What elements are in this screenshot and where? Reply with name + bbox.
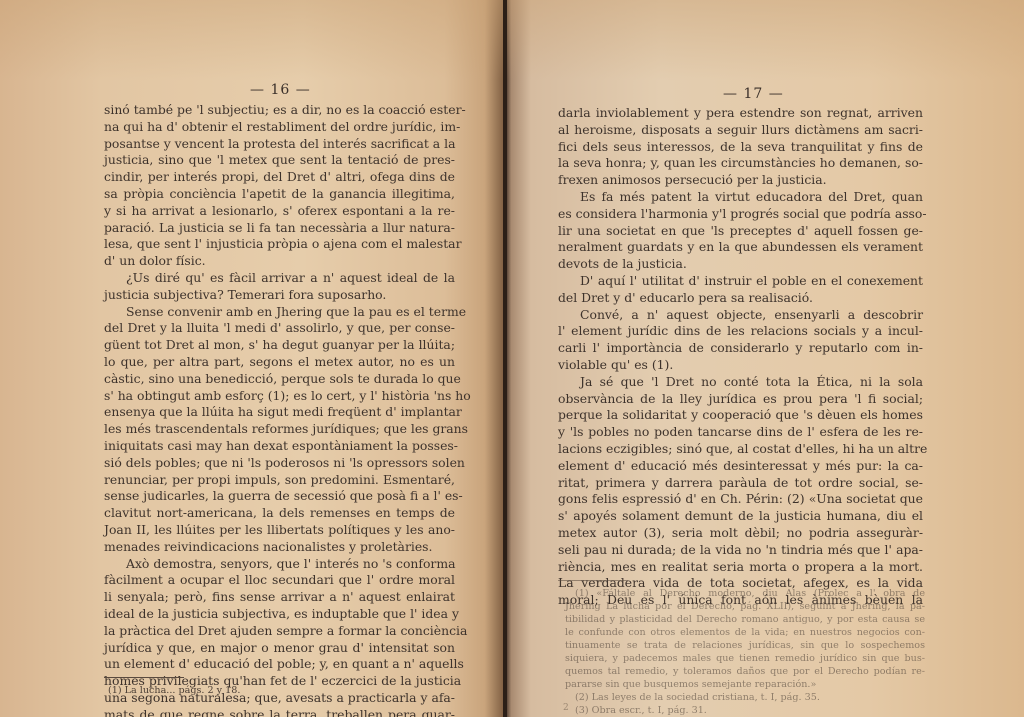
footnote-line: tibilidad y plasticidad del Derecho roma… bbox=[565, 613, 925, 626]
text-line: na qui ha d' obtenir el restabliment del… bbox=[104, 119, 455, 136]
text-line: element d' educació més desinteressat y … bbox=[558, 458, 923, 475]
book-gutter bbox=[503, 0, 507, 717]
footnote-line: tinuamente se trata de relaciones jurídi… bbox=[565, 639, 925, 652]
page-number: — 17 — bbox=[723, 86, 784, 102]
text-line: sinó també pe 'l subjectiu; es a dir, no… bbox=[104, 102, 455, 119]
text-line: justicia subjectiva? Temerari fora supos… bbox=[104, 287, 455, 304]
footnotes: (1) «Fáltale al Derecho moderno, diu Ala… bbox=[565, 587, 925, 717]
body-text: darla inviolablement y pera estendre son… bbox=[558, 105, 923, 609]
paragraph-start: Ja sé que 'l Dret no conté tota la Ética… bbox=[558, 374, 923, 391]
text-line: menades reivindicacions nacionalistes y … bbox=[104, 539, 455, 556]
text-line: del Dret y la lluita 'l medi d' assolirl… bbox=[104, 320, 455, 337]
text-line: güent tot Dret al mon, s' ha degut guany… bbox=[104, 337, 455, 354]
footnote-line: siquiera, y padecemos males que tienen r… bbox=[565, 652, 925, 665]
text-line: devots de la justicia. bbox=[558, 256, 923, 273]
paragraph-start: Convé, a n' aquest objecte, ensenyarli a… bbox=[558, 307, 923, 324]
text-line: es considera l'harmonia y'l progrés soci… bbox=[558, 206, 923, 223]
paragraph-start: Sense convenir amb en Jhering que la pau… bbox=[104, 304, 455, 321]
text-line: seli pau ni durada; de la vida no 'n tin… bbox=[558, 542, 923, 559]
text-line: sió dels pobles; que ni 'ls poderosos ni… bbox=[104, 455, 455, 472]
left-page: — 16 — sinó també pe 'l subjectiu; es a … bbox=[0, 0, 505, 717]
text-line: li senyala; però, fins sense arrivar a n… bbox=[104, 589, 455, 606]
page-shading bbox=[0, 0, 505, 80]
footnote: (1) La lucha... págs. 2 y 18. bbox=[108, 684, 448, 697]
text-line: lacions eczigibles; sinó que, al costat … bbox=[558, 441, 923, 458]
text-line: riència, mes en realitat seria morta o p… bbox=[558, 559, 923, 576]
footnote-line: Jhering La lucha por el Derecho, pág. XL… bbox=[565, 600, 925, 613]
text-line: les més trascendentals reformes jurídiqu… bbox=[104, 421, 455, 438]
text-line: ensenya que la llúita ha sigut medi freq… bbox=[104, 404, 455, 421]
text-line: l' element jurídic dins de les relacions… bbox=[558, 323, 923, 340]
body-text: sinó també pe 'l subjectiu; es a dir, no… bbox=[104, 102, 455, 717]
text-line: iniquitats casi may han dexat espontània… bbox=[104, 438, 455, 455]
text-line: perque la solidaritat y cooperació que '… bbox=[558, 407, 923, 424]
text-line: la seva honra; y, quan les circumstàncie… bbox=[558, 155, 923, 172]
right-page: — 17 — darla inviolablement y pera esten… bbox=[505, 0, 1024, 717]
text-line: s' apoyés solament demunt de la justicia… bbox=[558, 508, 923, 525]
text-line: metex autor (3), seria molt dèbil; no po… bbox=[558, 525, 923, 542]
footnote-line: le confunde con otros elementos de la vi… bbox=[565, 626, 925, 639]
text-line: paració. La justicia se li fa tan necess… bbox=[104, 220, 455, 237]
footnote-line: quemos tal remedio, y toleramos daños qu… bbox=[565, 665, 925, 678]
text-line: clavitut nort-americana, la dels remense… bbox=[104, 505, 455, 522]
footnote-line: (1) «Fáltale al Derecho moderno, diu Ala… bbox=[565, 587, 925, 600]
footnote-rule bbox=[104, 677, 184, 678]
text-line: sa pròpia conciència l'apetit de la gana… bbox=[104, 186, 455, 203]
text-line: un element d' educació del poble; y, en … bbox=[104, 656, 455, 673]
text-line: lir una societat en que 'ls preceptes d'… bbox=[558, 223, 923, 240]
text-line: violable qu' es (1). bbox=[558, 357, 923, 374]
text-line: Joan II, les llúites per les llibertats … bbox=[104, 522, 455, 539]
open-book-spread: — 16 — sinó també pe 'l subjectiu; es a … bbox=[0, 0, 1024, 717]
text-line: d' un dolor físic. bbox=[104, 253, 455, 270]
text-line: darla inviolablement y pera estendre son… bbox=[558, 105, 923, 122]
paragraph-start: D' aquí l' utilitat d' instruir el poble… bbox=[558, 273, 923, 290]
text-line: ideal de la justicia subjectiva, es indu… bbox=[104, 606, 455, 623]
text-line: jurídica y que, en major o menor grau d'… bbox=[104, 640, 455, 657]
footnote-line: pararse sin que busquemos semejante repa… bbox=[565, 678, 925, 691]
footnote-line: (1) La lucha... págs. 2 y 18. bbox=[108, 684, 448, 697]
footnote-line: (3) Obra escr., t. I, pág. 31. bbox=[565, 704, 925, 717]
text-line: mats de que regne sobre la terra, trebal… bbox=[104, 707, 455, 717]
text-line: gons felis espressió d' en Ch. Périn: (2… bbox=[558, 491, 923, 508]
text-line: fici dels seus interessos, de la seva tr… bbox=[558, 139, 923, 156]
footnote-line: (2) Las leyes de la sociedad cristiana, … bbox=[565, 691, 925, 704]
text-line: s' ha obtingut amb esforç (1); es lo cer… bbox=[104, 388, 455, 405]
paragraph-start: Axò demostra, senyors, que l' interés no… bbox=[104, 556, 455, 573]
text-line: cindir, per interés propi, del Dret d' a… bbox=[104, 169, 455, 186]
text-line: ritat, primera y darrera paràula de tot … bbox=[558, 475, 923, 492]
text-line: renunciar, per propi impuls, son predomi… bbox=[104, 472, 455, 489]
text-line: sense judicarles, la guerra de secessió … bbox=[104, 488, 455, 505]
page-number: — 16 — bbox=[250, 82, 311, 98]
footnote-rule bbox=[558, 580, 628, 581]
text-line: càstic, sino una benedicció, perque sols… bbox=[104, 371, 455, 388]
text-line: neralment guardats y en la que abundesse… bbox=[558, 239, 923, 256]
text-line: fàcilment a ocupar el lloc secundari que… bbox=[104, 572, 455, 589]
text-line: frexen animosos persecució per la justic… bbox=[558, 172, 923, 189]
text-line: y 'ls pobles no poden tancarse dins de l… bbox=[558, 424, 923, 441]
page-shading bbox=[505, 0, 1024, 80]
text-line: y si ha arrivat a lesionarlo, s' oferex … bbox=[104, 203, 455, 220]
text-line: lo que, per altra part, segons el metex … bbox=[104, 354, 455, 371]
text-line: del Dret y d' educarlo pera sa realisaci… bbox=[558, 290, 923, 307]
text-line: observància de la lley jurídica es prou … bbox=[558, 391, 923, 408]
text-line: justicia, sino que 'l metex que sent la … bbox=[104, 152, 455, 169]
paragraph-start: Es fa més patent la virtut educadora del… bbox=[558, 189, 923, 206]
text-line: lesa, que sent l' injusticia pròpia o aj… bbox=[104, 236, 455, 253]
text-line: carli l' importància de considerarlo y r… bbox=[558, 340, 923, 357]
text-line: la pràctica del Dret ajuden sempre a for… bbox=[104, 623, 455, 640]
text-line: al heroisme, disposats a seguir llurs di… bbox=[558, 122, 923, 139]
paragraph-start: ¿Us diré qu' es fàcil arrivar a n' aques… bbox=[104, 270, 455, 287]
text-line: posantse y vencent la protesta del inter… bbox=[104, 136, 455, 153]
signature-mark: 2 bbox=[563, 703, 569, 713]
